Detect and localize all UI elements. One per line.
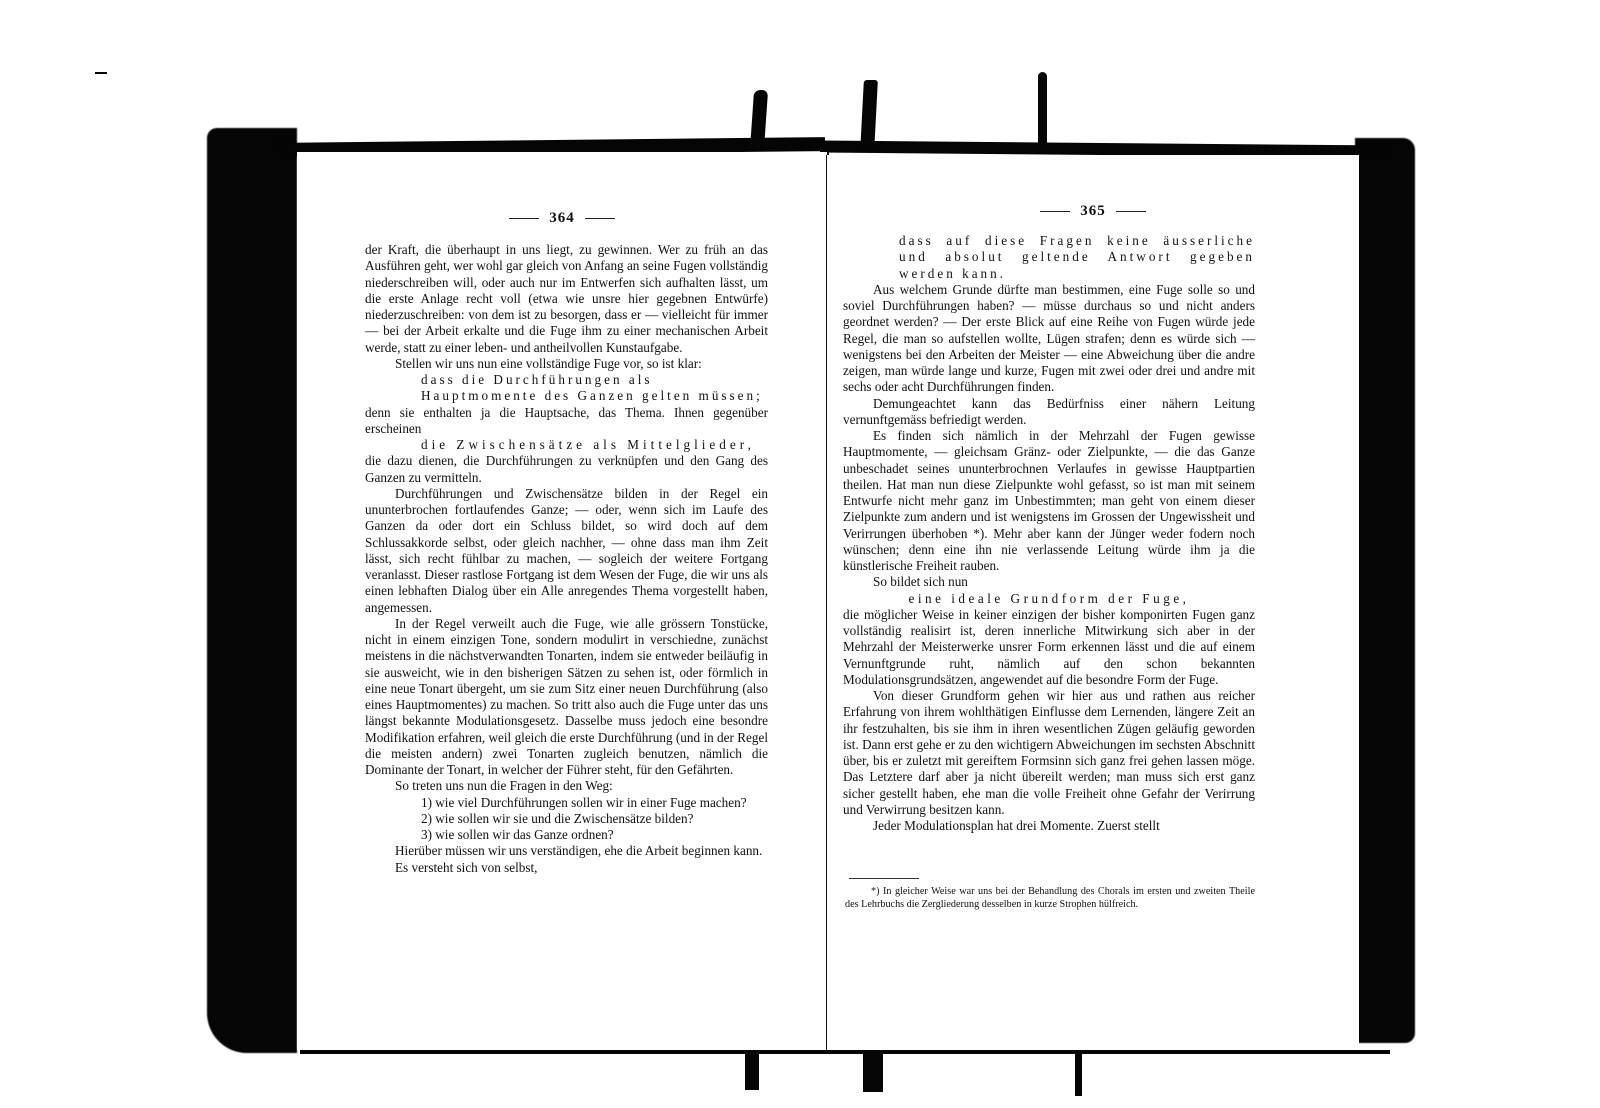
paragraph: Stellen wir uns nun eine vollständige Fu… — [365, 356, 768, 372]
book-cover-right — [1355, 138, 1415, 1043]
paragraph: 2) wie sollen wir sie und die Zwischensä… — [365, 811, 768, 827]
paragraph: 3) wie sollen wir das Ganze ordnen? — [365, 827, 768, 843]
paragraph: denn sie enthalten ja die Hauptsache, da… — [365, 405, 768, 438]
page-number-text: 365 — [1080, 203, 1106, 219]
footnote: *) In gleicher Weise war uns bei der Beh… — [845, 885, 1255, 911]
paragraph: dass auf diese Fragen keine äusserliche … — [843, 233, 1255, 282]
paragraph: Demungeachtet kann das Bedürfniss einer … — [843, 396, 1255, 429]
page-number-text: 364 — [549, 210, 575, 226]
page-number-left: 364 — [297, 210, 827, 227]
paragraph: Es versteht sich von selbst, — [365, 860, 768, 876]
paragraph: Hierüber müssen wir uns verständigen, eh… — [365, 843, 768, 859]
paragraph: Durchführungen und Zwischensätze bilden … — [365, 486, 768, 616]
right-page: 365 dass auf diese Fragen keine äusserli… — [826, 155, 1359, 1050]
bookmark-ribbon — [1038, 72, 1047, 152]
right-page-body: dass auf diese Fragen keine äusserliche … — [843, 233, 1255, 834]
paragraph: dass die Durchführungen als Hauptmomente… — [365, 372, 768, 405]
footnote-rule — [849, 878, 919, 879]
page-number-rule — [1040, 211, 1070, 212]
paragraph: Von dieser Grundform gehen wir hier aus … — [843, 688, 1255, 818]
paragraph: So treten uns nun die Fragen in den Weg: — [365, 778, 768, 794]
scan-artifact — [95, 72, 107, 74]
bookmark-ribbon — [863, 1052, 883, 1092]
paragraph: eine ideale Grundform der Fuge, — [843, 591, 1255, 607]
bookmark-ribbon — [1075, 1052, 1082, 1096]
page-number-rule — [1116, 211, 1146, 212]
page-number-rule — [585, 218, 615, 219]
book-cover-left — [207, 128, 297, 1053]
paragraph: 1) wie viel Durchführungen sollen wir in… — [365, 795, 768, 811]
bookmark-ribbon — [745, 1052, 759, 1090]
paragraph: Jeder Modulationsplan hat drei Momente. … — [843, 818, 1255, 834]
paragraph: die dazu dienen, die Durchführungen zu v… — [365, 453, 768, 486]
paragraph: die möglicher Weise in keiner einzigen d… — [843, 607, 1255, 688]
paragraph: der Kraft, die überhaupt in uns liegt, z… — [365, 242, 768, 356]
paragraph: In der Regel verweilt auch die Fuge, wie… — [365, 616, 768, 779]
paragraph: die Zwischensätze als Mittelglieder, — [365, 437, 768, 453]
page-number-right: 365 — [827, 203, 1359, 220]
page-number-rule — [509, 218, 539, 219]
left-page-body: der Kraft, die überhaupt in uns liegt, z… — [365, 242, 768, 876]
paragraph: Es finden sich nämlich in der Mehrzahl d… — [843, 428, 1255, 574]
book-bottom-edge — [300, 1050, 1390, 1054]
paragraph: Aus welchem Grunde dürfte man bestimmen,… — [843, 282, 1255, 396]
paragraph: So bildet sich nun — [843, 574, 1255, 590]
left-page: 364 der Kraft, die überhaupt in uns lieg… — [297, 152, 829, 1050]
